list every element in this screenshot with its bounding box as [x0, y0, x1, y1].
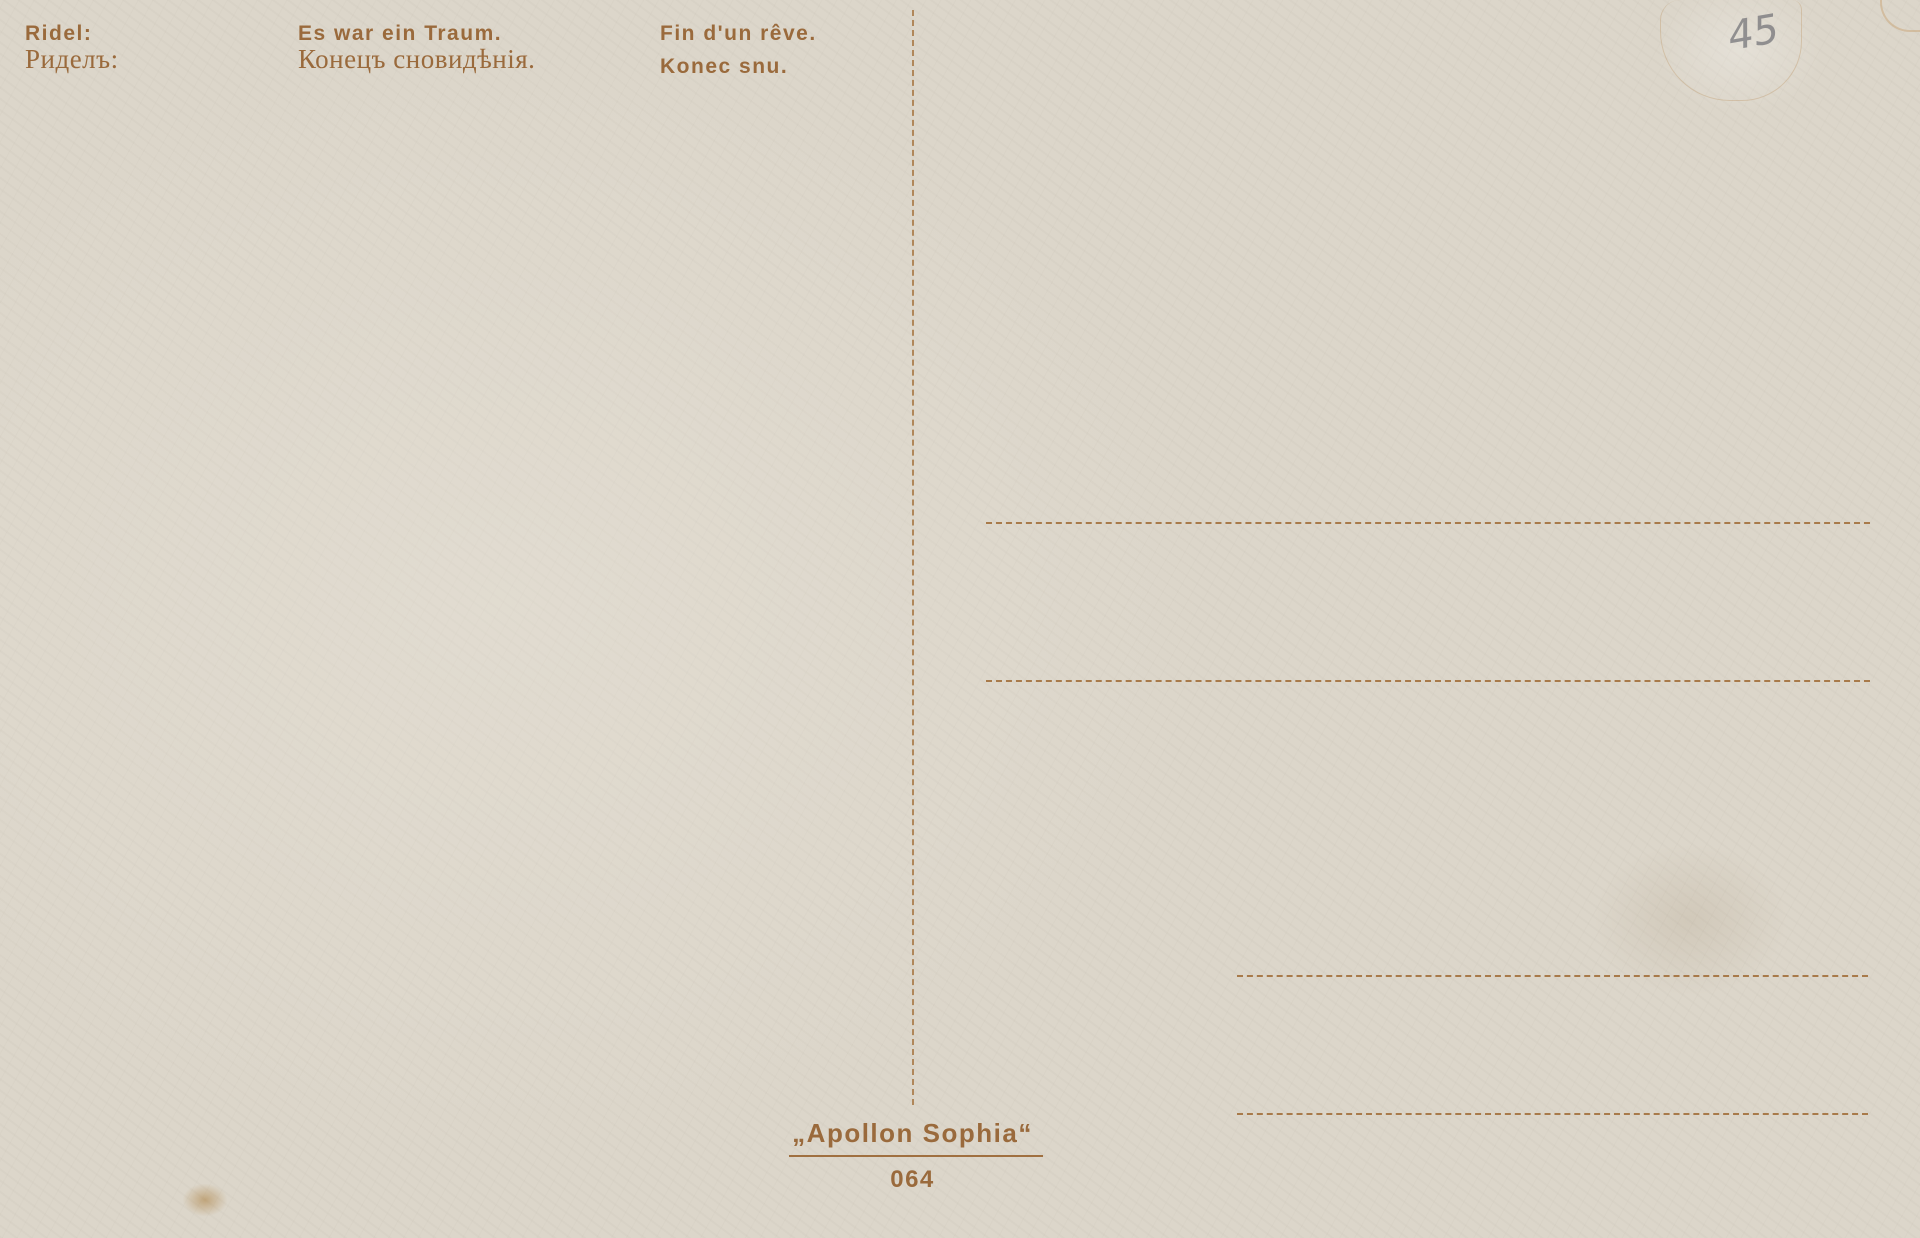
- title-french: Fin d'un rêve.: [660, 22, 817, 46]
- title-czech: Konec snu.: [660, 55, 788, 79]
- center-divider-line: [912, 10, 914, 1105]
- address-line-2: [986, 680, 1870, 682]
- publisher-name: „Apollon Sophia“: [0, 1118, 1825, 1149]
- publisher-underline: [789, 1155, 1043, 1157]
- title-german: Es war ein Traum.: [298, 22, 502, 46]
- corner-stain: [1880, 0, 1920, 32]
- title-russian: Конецъ сновидѣнія.: [298, 44, 535, 75]
- artist-name-cyrillic: Риделъ:: [25, 44, 119, 75]
- postcard-back: Ridel: Риделъ: Es war ein Traum. Конецъ …: [0, 0, 1920, 1238]
- address-line-3: [1237, 975, 1868, 977]
- address-line-4: [1237, 1113, 1868, 1115]
- publisher-number: 064: [0, 1166, 1825, 1194]
- pencil-mark: 45: [1728, 5, 1778, 61]
- address-line-1: [986, 522, 1870, 524]
- artist-name-latin: Ridel:: [25, 22, 92, 46]
